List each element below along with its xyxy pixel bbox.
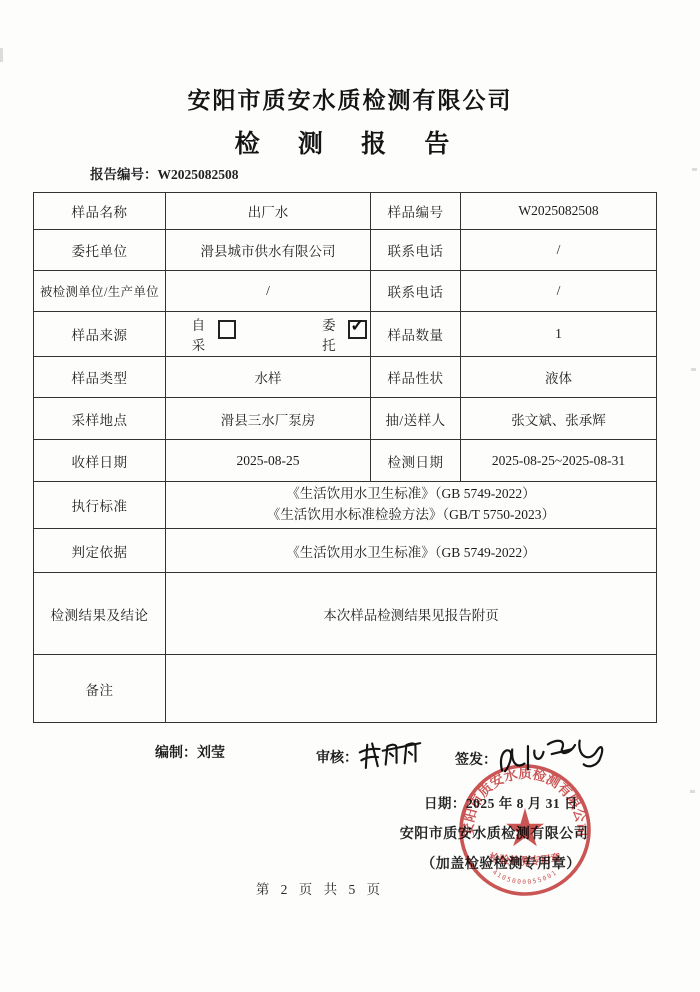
signature-row: 编制：刘莹 审核： 签发： [0,736,700,782]
sample-source-cell: 自采 委托 [166,312,371,357]
field-value: 滑县城市供水有限公司 [166,230,371,271]
scan-artifact [690,790,695,793]
table-row: 检测结果及结论 本次样品检测结果见报告附页 [34,573,657,655]
report-number-label: 报告编号： [90,167,158,182]
field-label: 检测日期 [371,440,461,482]
standard-line-2: 《生活饮用水标准检验方法》（GB/T 5750-2023） [169,505,653,526]
table-row: 样品来源 自采 委托 样品数量 1 [34,312,657,357]
prepared-label: 编制： [155,746,197,761]
field-label: 样品名称 [34,193,166,230]
field-value: 液体 [461,357,657,398]
page-indicator: 第 2 页 共 5 页 [0,878,640,898]
field-label: 检测结果及结论 [34,573,166,655]
report-info-table: 样品名称 出厂水 样品编号 W2025082508 委托单位 滑县城市供水有限公… [33,192,657,723]
table-row: 样品类型 水样 样品性状 液体 [34,357,657,398]
field-value: 出厂水 [166,193,371,230]
field-label: 联系电话 [371,271,461,312]
report-number-line: 报告编号：W2025082508 [90,163,239,183]
self-sampling-checkbox [218,320,237,339]
scan-artifact [0,48,3,62]
field-value [166,655,657,723]
field-label: 抽/送样人 [371,398,461,440]
field-value: W2025082508 [461,193,657,230]
field-label: 样品数量 [371,312,461,357]
field-label: 委托单位 [34,230,166,271]
field-label: 执行标准 [34,482,166,529]
table-row: 采样地点 滑县三水厂泵房 抽/送样人 张文斌、张承辉 [34,398,657,440]
issued-by: 签发： [455,740,609,782]
field-value: 《生活饮用水卫生标准》（GB 5749-2022） [166,529,657,573]
field-label: 样品编号 [371,193,461,230]
entrust-checkbox [348,320,367,339]
field-label: 被检测单位/生产单位 [34,271,166,312]
field-value: 水样 [166,357,371,398]
field-label: 采样地点 [34,398,166,440]
field-label: 样品来源 [34,312,166,357]
field-value: / [461,271,657,312]
standard-line-1: 《生活饮用水卫生标准》（GB 5749-2022） [169,484,653,505]
field-label: 样品类型 [34,357,166,398]
field-label: 判定依据 [34,529,166,573]
issuer-signature [497,736,609,778]
field-label: 样品性状 [371,357,461,398]
table-row: 判定依据 《生活饮用水卫生标准》（GB 5749-2022） [34,529,657,573]
table-row: 收样日期 2025-08-25 检测日期 2025-08-25~2025-08-… [34,440,657,482]
issued-label: 签发： [455,753,497,768]
field-value: / [461,230,657,271]
standards-cell: 《生活饮用水卫生标准》（GB 5749-2022） 《生活饮用水标准检验方法》（… [166,482,657,529]
table-row: 被检测单位/生产单位 / 联系电话 / [34,271,657,312]
reviewer-signature [358,738,430,772]
field-value: 滑县三水厂泵房 [166,398,371,440]
field-value: 本次样品检测结果见报告附页 [166,573,657,655]
table-row: 委托单位 滑县城市供水有限公司 联系电话 / [34,230,657,271]
table-row: 备注 [34,655,657,723]
reviewed-label: 审核： [316,751,358,766]
seal-note: （加盖检验检测专用章） [392,853,610,873]
issue-date: 日期：2025 年 8 月 31 日 [392,792,610,812]
scan-artifact [692,168,697,171]
field-value: 张文斌、张承辉 [461,398,657,440]
field-value: 1 [461,312,657,357]
field-value: / [166,271,371,312]
entrust-label: 委托 [316,314,343,354]
company-title: 安阳市质安水质检测有限公司 [0,82,700,115]
scan-artifact [691,368,696,371]
footer-block: 日期：2025 年 8 月 31 日 安阳市质安水质检测有限公司 （加盖检验检测… [392,792,610,873]
table-row: 执行标准 《生活饮用水卫生标准》（GB 5749-2022） 《生活饮用水标准检… [34,482,657,529]
scanned-report-page: { "header": { "company_title": "安阳市质安水质检… [0,0,700,992]
reviewed-by: 审核： [316,742,430,776]
field-label: 收样日期 [34,440,166,482]
report-number-value: W2025082508 [158,167,239,182]
field-label: 备注 [34,655,166,723]
table-row: 样品名称 出厂水 样品编号 W2025082508 [34,193,657,230]
field-value: 2025-08-25 [166,440,371,482]
footer-company-name: 安阳市质安水质检测有限公司 [378,823,610,843]
prepared-name: 刘莹 [197,746,225,761]
report-title: 检 测 报 告 [0,124,700,160]
field-label: 联系电话 [371,230,461,271]
prepared-by: 编制：刘莹 [155,742,225,762]
field-value: 2025-08-25~2025-08-31 [461,440,657,482]
self-sampling-label: 自采 [185,314,212,354]
